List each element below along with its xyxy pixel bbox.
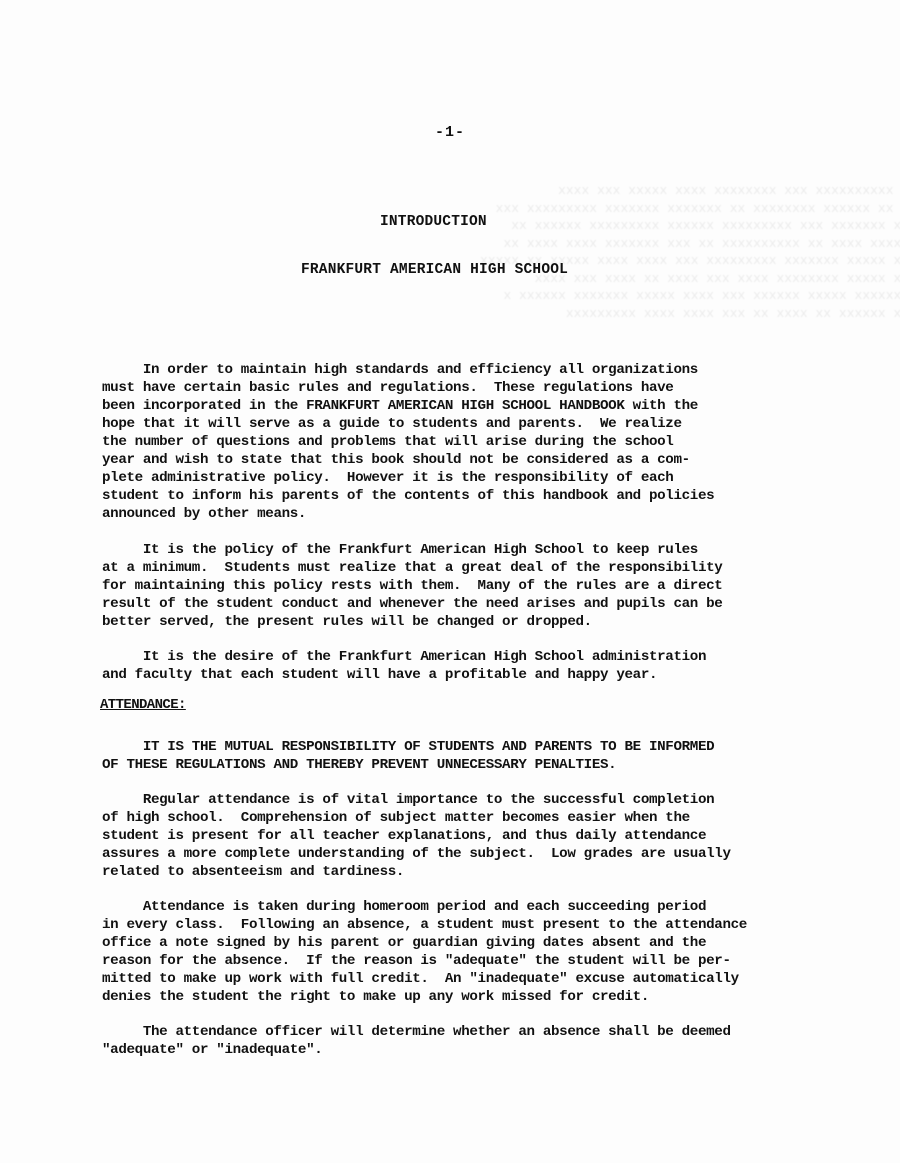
text-line: hope that it will serve as a guide to st… [102, 416, 682, 433]
text-line: for maintaining this policy rests with t… [102, 578, 722, 595]
text-line: Attendance is taken during homeroom peri… [102, 899, 706, 916]
text-line: related to absenteeism and tardiness. [102, 864, 404, 881]
text-line: year and wish to state that this book sh… [102, 452, 690, 469]
text-line: announced by other means. [102, 506, 306, 523]
text-line: It is the policy of the Frankfurt Americ… [102, 542, 698, 559]
text-line: better served, the present rules will be… [102, 614, 592, 631]
text-line: at a minimum. Students must realize that… [102, 560, 722, 577]
text-line: must have certain basic rules and regula… [102, 380, 673, 397]
text-line: denies the student the right to make up … [102, 989, 649, 1006]
document-page: xxxxxxx xxxxx xxxxxxxxxx xxx xxxxxxxx xx… [0, 0, 900, 1163]
text-line: student to inform his parents of the con… [102, 488, 714, 505]
page-number: -1- [0, 124, 900, 141]
text-line: and faculty that each student will have … [102, 667, 657, 684]
text-line: the number of questions and problems tha… [102, 434, 673, 451]
text-line: "adequate" or "inadequate". [102, 1042, 322, 1059]
text-line: reason for the absence. If the reason is… [102, 953, 731, 970]
text-line: It is the desire of the Frankfurt Americ… [102, 649, 706, 666]
text-line: Regular attendance is of vital importanc… [102, 792, 714, 809]
text-line: The attendance officer will determine wh… [102, 1024, 731, 1041]
text-line: result of the student conduct and whenev… [102, 596, 722, 613]
text-line: OF THESE REGULATIONS AND THEREBY PREVENT… [102, 757, 616, 774]
text-line: been incorporated in the FRANKFURT AMERI… [102, 398, 698, 415]
school-name-heading: FRANKFURT AMERICAN HIGH SCHOOL [301, 262, 568, 278]
text-line: student is present for all teacher expla… [102, 828, 706, 845]
text-line: mitted to make up work with full credit.… [102, 971, 739, 988]
text-line: assures a more complete understanding of… [102, 846, 731, 863]
section-heading-attendance: ATTENDANCE: [100, 697, 186, 713]
text-line: of high school. Comprehension of subject… [102, 810, 690, 827]
show-through-text: xxxxxxx xxxxx xxxxxxxxxx xxx xxxxxxxx xx… [480, 182, 900, 322]
section-heading-introduction: INTRODUCTION [380, 214, 487, 230]
text-line: in every class. Following an absence, a … [102, 917, 747, 934]
text-line: IT IS THE MUTUAL RESPONSIBILITY OF STUDE… [102, 739, 714, 756]
text-line: In order to maintain high standards and … [102, 362, 698, 379]
text-line: plete administrative policy. However it … [102, 470, 673, 487]
text-line: office a note signed by his parent or gu… [102, 935, 706, 952]
